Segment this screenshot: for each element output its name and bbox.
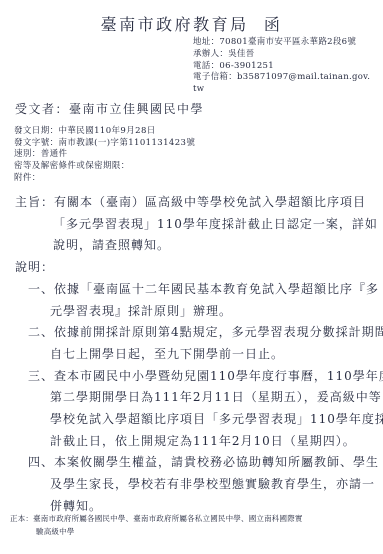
header-phone: 電話：06-3901251 (193, 61, 379, 73)
body-line-item3: 第二學期開學日為111年2月11日（星期五），爰高級中等 (15, 387, 379, 409)
body-line-item1: 元學習表現』採計原則」辦理。 (15, 301, 379, 323)
meta-attachment: 附件： (14, 173, 374, 185)
body-line-item3: 三、查本市國民中小學暨幼兒園110學年度行事曆，110學年度 (15, 366, 379, 388)
meta-security: 密等及解密條件或保密期限： (14, 161, 374, 173)
subject-line: 說明，請查照轉知。 (15, 235, 379, 257)
copy-recipients-line2: 驗高級中學 (10, 526, 380, 539)
subject-line: 「多元學習表現」110學年度採計截止日認定一案，詳如 (15, 214, 379, 236)
header-contact-person: 承辦人：吳佳晉 (193, 49, 379, 61)
official-letter-page: 臺南市政府教育局 函 地址：70801臺南市安平區永華路2段6號 承辦人：吳佳晉… (0, 0, 383, 554)
body-line-item4: 及學生家長，學校若有非學校型態實驗教育學生，亦請一 (15, 474, 379, 496)
body-line-item3: 學校免試入學超額比序項目「多元學習表現」110學年度採 (15, 409, 379, 431)
header-address: 地址：70801臺南市安平區永華路2段6號 (193, 37, 379, 49)
copy-recipients-block: 正本：臺南市政府所屬各國民中學、臺南市政府所屬各私立國民中學、國立南科國際實 驗… (10, 513, 380, 538)
explanation-label: 說明： (15, 257, 379, 279)
meta-speed: 速別：普通件 (14, 149, 374, 161)
body-line-item2: 自七上開學日起，至九下開學前一日止。 (15, 344, 379, 366)
meta-date: 發文日期：中華民國110年9月28日 (14, 126, 374, 138)
header-info-block: 地址：70801臺南市安平區永華路2段6號 承辦人：吳佳晉 電話：06-3901… (193, 37, 379, 96)
body-line-item4: 四、本案攸關學生權益，請貴校務必協助轉知所屬教師、學生 (15, 452, 379, 474)
document-title: 臺南市政府教育局 函 (0, 12, 383, 35)
copy-recipients-line1: 正本：臺南市政府所屬各國民中學、臺南市政府所屬各私立國民中學、國立南科國際實 (10, 513, 380, 526)
body-line-item3: 計截止日，依上開規定為111年2月10日（星期四）。 (15, 431, 379, 453)
header-email-line2: tw (193, 84, 379, 96)
subject-line: 主旨：有關本（臺南）區高級中等學校免試入學超額比序項目 (15, 192, 379, 214)
meta-doc-number: 發文字號：南市教課(一)字第1101131423號 (14, 138, 374, 150)
body-line-item2: 二、依據前開採計原則第4點規定，多元學習表現分數採計期間 (15, 322, 379, 344)
meta-block: 發文日期：中華民國110年9月28日 發文字號：南市教課(一)字第1101131… (14, 126, 374, 185)
letter-body: 主旨：有關本（臺南）區高級中等學校免試入學超額比序項目 「多元學習表現」110學… (15, 192, 379, 518)
body-line-item1: 一、依據「臺南區十二年國民基本教育免試入學超額比序『多 (15, 279, 379, 301)
header-email-line1: 電子信箱：b35871097@mail.tainan.gov. (193, 72, 379, 84)
recipient-line: 受文者：臺南市立佳興國民中學 (15, 100, 204, 117)
